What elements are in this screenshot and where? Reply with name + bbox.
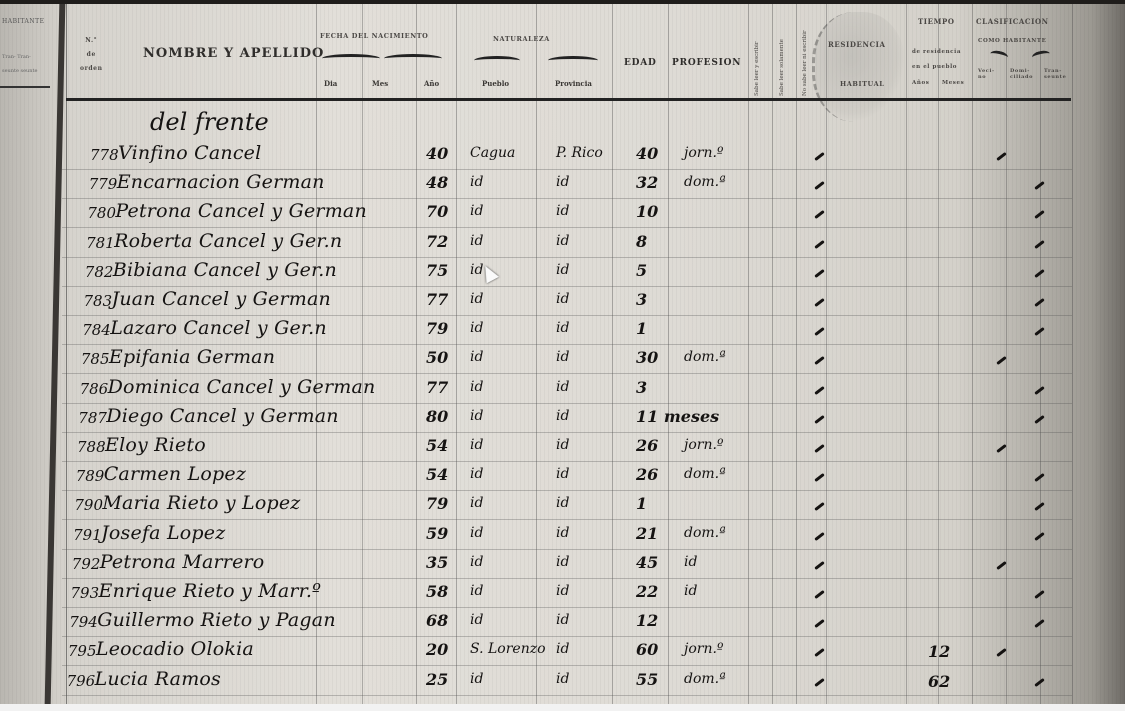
age: 30 bbox=[636, 348, 658, 367]
person-name: Enrique Rieto y Marr.º bbox=[99, 580, 322, 602]
row-rule bbox=[62, 461, 1072, 462]
header-tiempo-sub2: en el pueblo bbox=[912, 64, 957, 70]
row-rule bbox=[62, 227, 1072, 228]
header-provincia: Provincia bbox=[555, 79, 592, 88]
row-number: 793 bbox=[71, 584, 100, 602]
birth-town: id bbox=[470, 291, 483, 307]
col-line bbox=[772, 4, 773, 704]
header-edad: EDAD bbox=[624, 58, 657, 68]
profession: dom.ª bbox=[684, 174, 726, 190]
birth-town: id bbox=[470, 233, 483, 249]
section-note: del frente bbox=[150, 108, 269, 136]
literacy-mark bbox=[814, 386, 825, 395]
birth-province: id bbox=[556, 320, 569, 336]
person-name: Lazaro Cancel y Ger.n bbox=[110, 317, 327, 339]
birth-town: id bbox=[470, 612, 483, 628]
col-line bbox=[416, 4, 417, 704]
birth-town: id bbox=[470, 379, 483, 395]
literacy-mark bbox=[814, 240, 825, 249]
age: 3 bbox=[636, 378, 647, 397]
literacy-mark bbox=[814, 415, 825, 424]
profession: dom.ª bbox=[684, 671, 726, 687]
birth-town: Cagua bbox=[470, 145, 515, 161]
header-vecino: Veci- no bbox=[978, 68, 1002, 80]
birth-town: id bbox=[470, 466, 483, 482]
birth-year: 35 bbox=[426, 553, 448, 572]
birth-province: id bbox=[556, 349, 569, 365]
header-naturaleza-group: NATURALEZA bbox=[493, 35, 550, 43]
row-rule bbox=[62, 286, 1072, 287]
row-number: 789 bbox=[76, 467, 105, 485]
birth-year: 54 bbox=[426, 465, 448, 484]
literacy-mark bbox=[814, 648, 825, 657]
age: 21 bbox=[636, 524, 658, 543]
header-numero-line2: de bbox=[80, 48, 103, 62]
header-anio: Año bbox=[424, 79, 439, 88]
profession: jorn.º bbox=[684, 437, 724, 453]
person-name: Epifania German bbox=[109, 346, 275, 368]
literacy-mark bbox=[814, 502, 825, 511]
row-rule bbox=[62, 636, 1072, 637]
person-name: Leocadio Olokia bbox=[96, 638, 254, 660]
brace-decoration bbox=[548, 56, 598, 65]
row-number: 795 bbox=[68, 642, 97, 660]
row-rule bbox=[62, 578, 1072, 579]
birth-province: id bbox=[556, 466, 569, 482]
col-line bbox=[536, 4, 537, 704]
col-line bbox=[456, 4, 457, 704]
prev-page-sub2: seunte seunte bbox=[2, 68, 37, 74]
birth-town: id bbox=[470, 174, 483, 190]
age: 40 bbox=[636, 144, 658, 163]
literacy-mark bbox=[814, 210, 825, 219]
brace-decoration bbox=[474, 56, 520, 65]
age: 60 bbox=[636, 640, 658, 659]
col-line bbox=[362, 4, 363, 704]
row-number: 796 bbox=[67, 672, 96, 690]
residence-years: 12 bbox=[928, 642, 950, 661]
birth-year: 25 bbox=[426, 670, 448, 689]
birth-town: id bbox=[470, 437, 483, 453]
birth-year: 40 bbox=[426, 144, 448, 163]
literacy-mark bbox=[814, 269, 825, 278]
birth-province: id bbox=[556, 379, 569, 395]
header-fecha-group: FECHA DEL NACIMIENTO bbox=[320, 32, 428, 40]
birth-year: 77 bbox=[426, 290, 448, 309]
col-line bbox=[1072, 4, 1073, 704]
birth-town: id bbox=[470, 349, 483, 365]
col-line bbox=[906, 4, 907, 704]
col-line bbox=[668, 4, 669, 704]
profession: jorn.º bbox=[684, 145, 724, 161]
header-residencia: RESIDENCIA bbox=[828, 40, 886, 49]
row-rule bbox=[62, 607, 1072, 608]
literacy-mark bbox=[814, 532, 825, 541]
header-anios: Años bbox=[912, 80, 929, 86]
header-rule bbox=[66, 98, 1071, 101]
col-line bbox=[1040, 4, 1041, 704]
birth-province: id bbox=[556, 641, 569, 657]
header-numero-line3: orden bbox=[80, 62, 103, 76]
literacy-mark bbox=[814, 444, 825, 453]
literacy-mark bbox=[814, 561, 825, 570]
person-name: Eloy Rieto bbox=[105, 434, 206, 456]
row-rule bbox=[62, 549, 1072, 550]
birth-year: 54 bbox=[426, 436, 448, 455]
literacy-mark bbox=[814, 678, 825, 687]
profession: jorn.º bbox=[684, 641, 724, 657]
header-numero-line1: N.° bbox=[80, 34, 103, 48]
birth-province: id bbox=[556, 495, 569, 511]
person-name: Petrona Cancel y German bbox=[115, 200, 367, 222]
person-name: Vinfino Cancel bbox=[118, 142, 261, 164]
header-no-sabe: No sabe leer ni escribir bbox=[802, 12, 808, 96]
row-number: 782 bbox=[85, 263, 114, 281]
profession: dom.ª bbox=[684, 525, 726, 541]
row-number: 790 bbox=[74, 496, 103, 514]
row-number: 784 bbox=[82, 321, 111, 339]
birth-town: id bbox=[470, 495, 483, 511]
row-rule bbox=[62, 344, 1072, 345]
birth-town: id bbox=[470, 583, 483, 599]
birth-year: 79 bbox=[426, 319, 448, 338]
row-number: 786 bbox=[80, 380, 109, 398]
header-tiempo-group: TIEMPO bbox=[918, 17, 955, 26]
birth-town: id bbox=[470, 671, 483, 687]
header-residencia-sub: HABITUAL bbox=[840, 80, 884, 88]
literacy-mark bbox=[814, 619, 825, 628]
col-line bbox=[612, 4, 613, 704]
row-number: 781 bbox=[86, 234, 115, 252]
age: 5 bbox=[636, 261, 647, 280]
row-rule bbox=[62, 257, 1072, 258]
birth-province: id bbox=[556, 262, 569, 278]
header-clasificacion-group: CLASIFICACION bbox=[976, 17, 1049, 26]
col-line bbox=[938, 4, 939, 704]
row-rule bbox=[62, 490, 1072, 491]
header-clasificacion-sub: COMO HABITANTE bbox=[978, 38, 1046, 44]
col-line bbox=[796, 4, 797, 704]
literacy-mark bbox=[814, 152, 825, 161]
birth-town: id bbox=[470, 525, 483, 541]
age: 55 bbox=[636, 670, 658, 689]
birth-province: id bbox=[556, 671, 569, 687]
ink-stamp-smudge bbox=[812, 12, 905, 122]
row-rule bbox=[62, 403, 1072, 404]
scan-bottom-edge bbox=[0, 704, 1125, 711]
birth-province: id bbox=[556, 583, 569, 599]
row-number: 783 bbox=[84, 292, 113, 310]
brace-decoration bbox=[1031, 49, 1050, 62]
person-name: Dominica Cancel y German bbox=[108, 376, 376, 398]
birth-town: S. Lorenzo bbox=[470, 641, 546, 657]
birth-province: id bbox=[556, 291, 569, 307]
age: 12 bbox=[636, 611, 658, 630]
prev-page-header: HABITANTE bbox=[2, 18, 44, 25]
person-name: Petrona Marrero bbox=[100, 551, 265, 573]
col-line bbox=[748, 4, 749, 704]
birth-province: P. Rico bbox=[556, 145, 603, 161]
row-rule bbox=[62, 432, 1072, 433]
person-name: Maria Rieto y Lopez bbox=[102, 492, 300, 514]
row-rule bbox=[62, 315, 1072, 316]
header-nombre: NOMBRE Y APELLIDO bbox=[143, 46, 324, 61]
row-number: 791 bbox=[73, 526, 102, 544]
brace-decoration bbox=[384, 54, 442, 63]
row-number: 788 bbox=[77, 438, 106, 456]
age: 10 bbox=[636, 202, 658, 221]
birth-province: id bbox=[556, 437, 569, 453]
literacy-mark bbox=[814, 473, 825, 482]
row-rule bbox=[62, 519, 1072, 520]
birth-year: 80 bbox=[426, 407, 448, 426]
profession: dom.ª bbox=[684, 349, 726, 365]
profession: id bbox=[684, 554, 697, 570]
header-sabe-leer-escribir: Sabe leer y escribir bbox=[754, 12, 760, 96]
header-numero: N.° de orden bbox=[80, 34, 103, 76]
age: 45 bbox=[636, 553, 658, 572]
header-pueblo: Pueblo bbox=[482, 79, 509, 88]
age: 1 bbox=[636, 494, 647, 513]
birth-year: 79 bbox=[426, 494, 448, 513]
birth-province: id bbox=[556, 612, 569, 628]
age: 26 bbox=[636, 465, 658, 484]
birth-town: id bbox=[470, 203, 483, 219]
person-name: Juan Cancel y German bbox=[112, 288, 331, 310]
census-page-scan: HABITANTE Tran- Tran- seunte seunte N.° … bbox=[0, 4, 1125, 704]
literacy-mark bbox=[814, 298, 825, 307]
person-name: Guillermo Rieto y Pagan bbox=[97, 609, 336, 631]
birth-year: 48 bbox=[426, 173, 448, 192]
profession: id bbox=[684, 583, 697, 599]
literacy-mark bbox=[814, 590, 825, 599]
prev-page-rule bbox=[0, 86, 50, 88]
birth-year: 77 bbox=[426, 378, 448, 397]
age: 8 bbox=[636, 232, 647, 251]
row-number: 794 bbox=[69, 613, 98, 631]
row-number: 785 bbox=[81, 350, 110, 368]
person-name: Lucia Ramos bbox=[95, 668, 221, 690]
row-rule bbox=[62, 695, 1072, 696]
age: 11 meses bbox=[636, 407, 719, 426]
row-rule bbox=[62, 169, 1072, 170]
brace-decoration bbox=[322, 54, 380, 63]
age: 22 bbox=[636, 582, 658, 601]
profession: dom.ª bbox=[684, 466, 726, 482]
birth-year: 70 bbox=[426, 202, 448, 221]
col-line bbox=[972, 4, 973, 704]
birth-year: 72 bbox=[426, 232, 448, 251]
header-transeunte: Tran- seunte bbox=[1044, 68, 1070, 80]
literacy-mark bbox=[814, 327, 825, 336]
header-sabe-leer: Sabe leer solamente bbox=[779, 12, 785, 96]
age: 26 bbox=[636, 436, 658, 455]
row-rule bbox=[62, 373, 1072, 374]
birth-year: 50 bbox=[426, 348, 448, 367]
birth-year: 59 bbox=[426, 524, 448, 543]
header-domiciliado: Domi- ciliado bbox=[1010, 68, 1038, 80]
birth-province: id bbox=[556, 174, 569, 190]
row-number: 787 bbox=[78, 409, 107, 427]
header-profesion: PROFESION bbox=[672, 58, 741, 68]
birth-province: id bbox=[556, 408, 569, 424]
birth-town: id bbox=[470, 554, 483, 570]
row-number: 780 bbox=[87, 204, 116, 222]
birth-year: 58 bbox=[426, 582, 448, 601]
person-name: Carmen Lopez bbox=[104, 463, 246, 485]
col-line bbox=[1006, 4, 1007, 704]
header-meses: Meses bbox=[942, 80, 964, 86]
row-number: 792 bbox=[72, 555, 101, 573]
row-rule bbox=[62, 198, 1072, 199]
age: 32 bbox=[636, 173, 658, 192]
birth-town: id bbox=[470, 320, 483, 336]
birth-year: 75 bbox=[426, 261, 448, 280]
birth-year: 68 bbox=[426, 611, 448, 630]
literacy-mark bbox=[814, 356, 825, 365]
col-line bbox=[66, 4, 67, 704]
age: 3 bbox=[636, 290, 647, 309]
person-name: Encarnacion German bbox=[117, 171, 325, 193]
header-mes: Mes bbox=[372, 79, 388, 88]
birth-province: id bbox=[556, 554, 569, 570]
person-name: Bibiana Cancel y Ger.n bbox=[113, 259, 337, 281]
birth-province: id bbox=[556, 233, 569, 249]
person-name: Diego Cancel y German bbox=[106, 405, 338, 427]
row-number: 779 bbox=[89, 175, 118, 193]
header-dia: Dia bbox=[324, 79, 337, 88]
birth-province: id bbox=[556, 525, 569, 541]
row-rule bbox=[62, 665, 1072, 666]
residence-years: 62 bbox=[928, 672, 950, 691]
prev-page-sub1: Tran- Tran- bbox=[2, 54, 31, 60]
person-name: Roberta Cancel y Ger.n bbox=[114, 230, 342, 252]
birth-town: id bbox=[470, 408, 483, 424]
literacy-mark bbox=[814, 181, 825, 190]
birth-province: id bbox=[556, 203, 569, 219]
person-name: Josefa Lopez bbox=[101, 522, 225, 544]
age: 1 bbox=[636, 319, 647, 338]
previous-page-fragment: HABITANTE Tran- Tran- seunte seunte bbox=[0, 4, 52, 704]
row-number: 778 bbox=[90, 146, 119, 164]
birth-year: 20 bbox=[426, 640, 448, 659]
header-tiempo-sub1: de residencia bbox=[912, 49, 961, 55]
